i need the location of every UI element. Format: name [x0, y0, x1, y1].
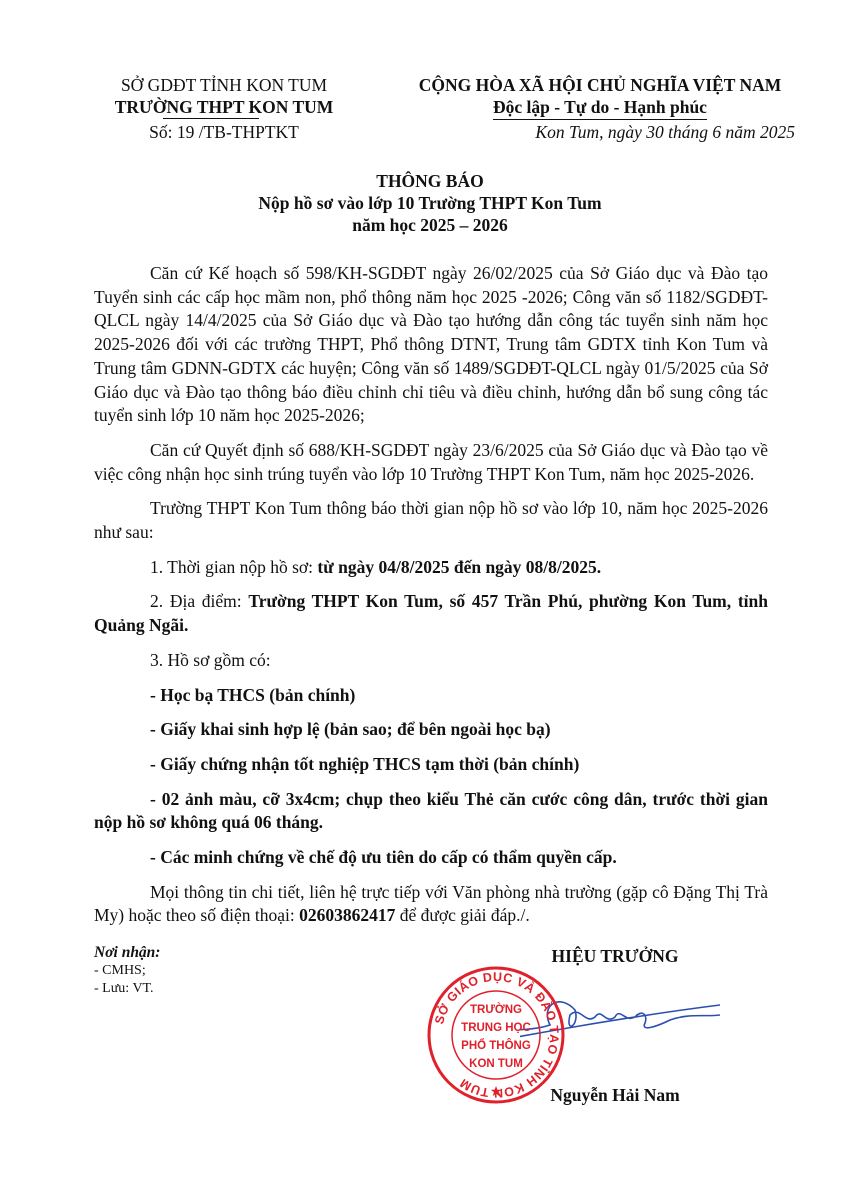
item-2-label: 2. Địa điểm: — [150, 591, 248, 611]
title-line-3: năm học 2025 – 2026 — [150, 214, 710, 236]
svg-text:TRƯỜNG: TRƯỜNG — [470, 1003, 522, 1016]
document-item: - Học bạ THCS (bản chính) — [94, 684, 768, 708]
document-item: - Giấy chứng nhận tốt nghiệp THCS tạm th… — [94, 753, 768, 777]
national-header: CỘNG HÒA XÃ HỘI CHỦ NGHĨA VIỆT NAM Độc l… — [405, 74, 795, 120]
recipient-item: - Lưu: VT. — [94, 980, 160, 998]
contact-paragraph: Mọi thông tin chi tiết, liên hệ trực tiế… — [94, 881, 768, 928]
title-line-2: Nộp hồ sơ vào lớp 10 Trường THPT Kon Tum — [150, 192, 710, 214]
agency-underline — [163, 118, 259, 119]
svg-text:PHỔ THÔNG: PHỔ THÔNG — [461, 1039, 531, 1052]
title-line-1: THÔNG BÁO — [150, 170, 710, 192]
contact-suffix: để được giải đáp./. — [395, 905, 529, 925]
legal-basis-paragraph-2: Căn cứ Quyết định số 688/KH-SGDĐT ngày 2… — [94, 439, 768, 486]
document-item: - 02 ảnh màu, cỡ 3x4cm; chụp theo kiểu T… — [94, 788, 768, 835]
agency-line-1: SỞ GDĐT TỈNH KON TUM — [94, 74, 354, 96]
item-documents-label: 3. Hồ sơ gồm có: — [94, 649, 768, 673]
announcement-paragraph: Trường THPT Kon Tum thông báo thời gian … — [94, 497, 768, 544]
recipient-item: - CMHS; — [94, 962, 160, 980]
item-1-value: từ ngày 04/8/2025 đến ngày 08/8/2025. — [317, 557, 601, 577]
place-date: Kon Tum, ngày 30 tháng 6 năm 2025 — [405, 122, 795, 143]
legal-basis-paragraph-1: Căn cứ Kế hoạch số 598/KH-SGDĐT ngày 26/… — [94, 262, 768, 428]
signer-name: Nguyễn Hải Nam — [500, 1085, 730, 1106]
national-motto: Độc lập - Tự do - Hạnh phúc — [493, 96, 707, 120]
svg-text:TRUNG HỌC: TRUNG HỌC — [461, 1022, 531, 1034]
country-name: CỘNG HÒA XÃ HỘI CHỦ NGHĨA VIỆT NAM — [405, 74, 795, 96]
recipients-block: Nơi nhận: - CMHS; - Lưu: VT. — [94, 944, 160, 998]
agency-line-2: TRƯỜNG THPT KON TUM — [94, 96, 354, 118]
svg-text:KON TUM: KON TUM — [469, 1058, 523, 1070]
contact-phone: 02603862417 — [299, 905, 395, 925]
notice-body: Căn cứ Kế hoạch số 598/KH-SGDĐT ngày 26/… — [94, 262, 768, 928]
item-1-label: 1. Thời gian nộp hồ sơ: — [150, 557, 317, 577]
recipients-label: Nơi nhận: — [94, 944, 160, 962]
issuing-agency: SỞ GDĐT TỈNH KON TUM TRƯỜNG THPT KON TUM — [94, 74, 354, 118]
notice-title: THÔNG BÁO Nộp hồ sơ vào lớp 10 Trường TH… — [150, 170, 710, 236]
item-location: 2. Địa điểm: Trường THPT Kon Tum, số 457… — [94, 590, 768, 637]
document-item: - Giấy khai sinh hợp lệ (bản sao; để bên… — [94, 718, 768, 742]
official-stamp-icon: SỞ GIÁO DỤC VÀ ĐÀO TẠO TỈNH KON TUM TRƯỜ… — [426, 965, 566, 1105]
document-item: - Các minh chứng về chế độ ưu tiên do cấ… — [94, 846, 768, 870]
document-number: Số: 19 /TB-THPTKT — [94, 122, 354, 143]
item-submission-time: 1. Thời gian nộp hồ sơ: từ ngày 04/8/202… — [94, 556, 768, 580]
signer-title: HIỆU TRƯỞNG — [500, 946, 730, 967]
document-page: SỞ GDĐT TỈNH KON TUM TRƯỜNG THPT KON TUM… — [0, 0, 849, 1200]
